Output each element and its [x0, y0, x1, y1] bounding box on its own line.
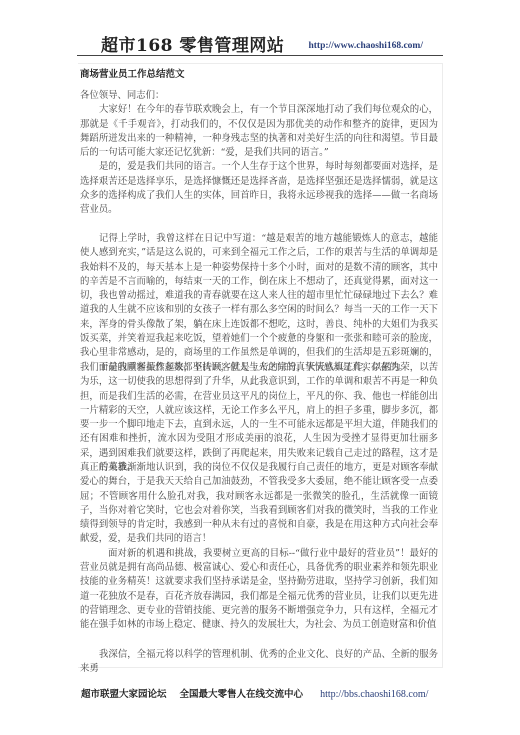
paragraph: 记得上学时，我曾这样在日记中写道：“越是艰苦的地方越能锻炼人的意志，越能使人感到… — [80, 232, 438, 375]
site-title: 超市168 零售管理网站 — [101, 36, 284, 56]
salutation: 各位领导、同志们： — [80, 89, 438, 103]
header-divider — [77, 55, 443, 56]
document-body-section-5: 我深信，全福元将以科学的管理机制、优秀的企业文化、良好的产品、全新的服务来勇 — [80, 648, 438, 677]
document-body-section-3: 于是我重新振作起来，坚持顾客就是上帝的宗旨，天天认真工作，以累为荣，以苦为乐，这… — [80, 361, 438, 475]
document-body-section-1: 各位领导、同志们： 大家好！在今年的春节联欢晚会上，有一个节目深深地打动了我们每… — [80, 89, 438, 218]
document-body-section-4: 后来我渐渐地认识到，我的岗位不仅仅是我履行自己责任的地方，更是对顾客奉献爱心的舞… — [80, 461, 438, 633]
paragraph: 面对新的机遇和挑战，我要树立更高的目标--“做行业中最好的营业员”！最好的营业员… — [80, 547, 438, 633]
forum-url-link[interactable]: http://bbs.chaoshi168.com/ — [320, 689, 428, 700]
document-title: 商场营业员工作总结范文 — [80, 66, 185, 80]
paragraph: 是的，爱是我们共同的语言。一个人生存于这个世界，每时每刻都要面对选择，是选择艰苦… — [80, 160, 438, 217]
paragraph: 我深信，全福元将以科学的管理机制、优秀的企业文化、良好的产品、全新的服务来勇 — [80, 648, 438, 677]
site-url-link[interactable]: http://www.chaoshi168.com/ — [308, 41, 423, 51]
paragraph: 于是我重新振作起来，坚持顾客就是上帝的宗旨，天天认真工作，以累为荣，以苦为乐，这… — [80, 361, 438, 475]
paragraph: 后来我渐渐地认识到，我的岗位不仅仅是我履行自己责任的地方，更是对顾客奉献爱心的舞… — [80, 461, 438, 547]
paragraph: 大家好！在今年的春节联欢晚会上，有一个节目深深地打动了我们每位观众的心，那就是《… — [80, 103, 438, 160]
document-body-section-2: 记得上学时，我曾这样在日记中写道：“越是艰苦的地方越能锻炼人的意志，越能使人感到… — [80, 232, 438, 375]
page-footer: 超市联盟大家园论坛 全国最大零售人在线交流中心 http://bbs.chaos… — [81, 686, 428, 700]
footer-slogan: 全国最大零售人在线交流中心 — [180, 689, 304, 700]
forum-name: 超市联盟大家园论坛 — [81, 689, 167, 700]
page-header: 超市168 零售管理网站 http://www.chaoshi168.com/ — [77, 36, 443, 56]
